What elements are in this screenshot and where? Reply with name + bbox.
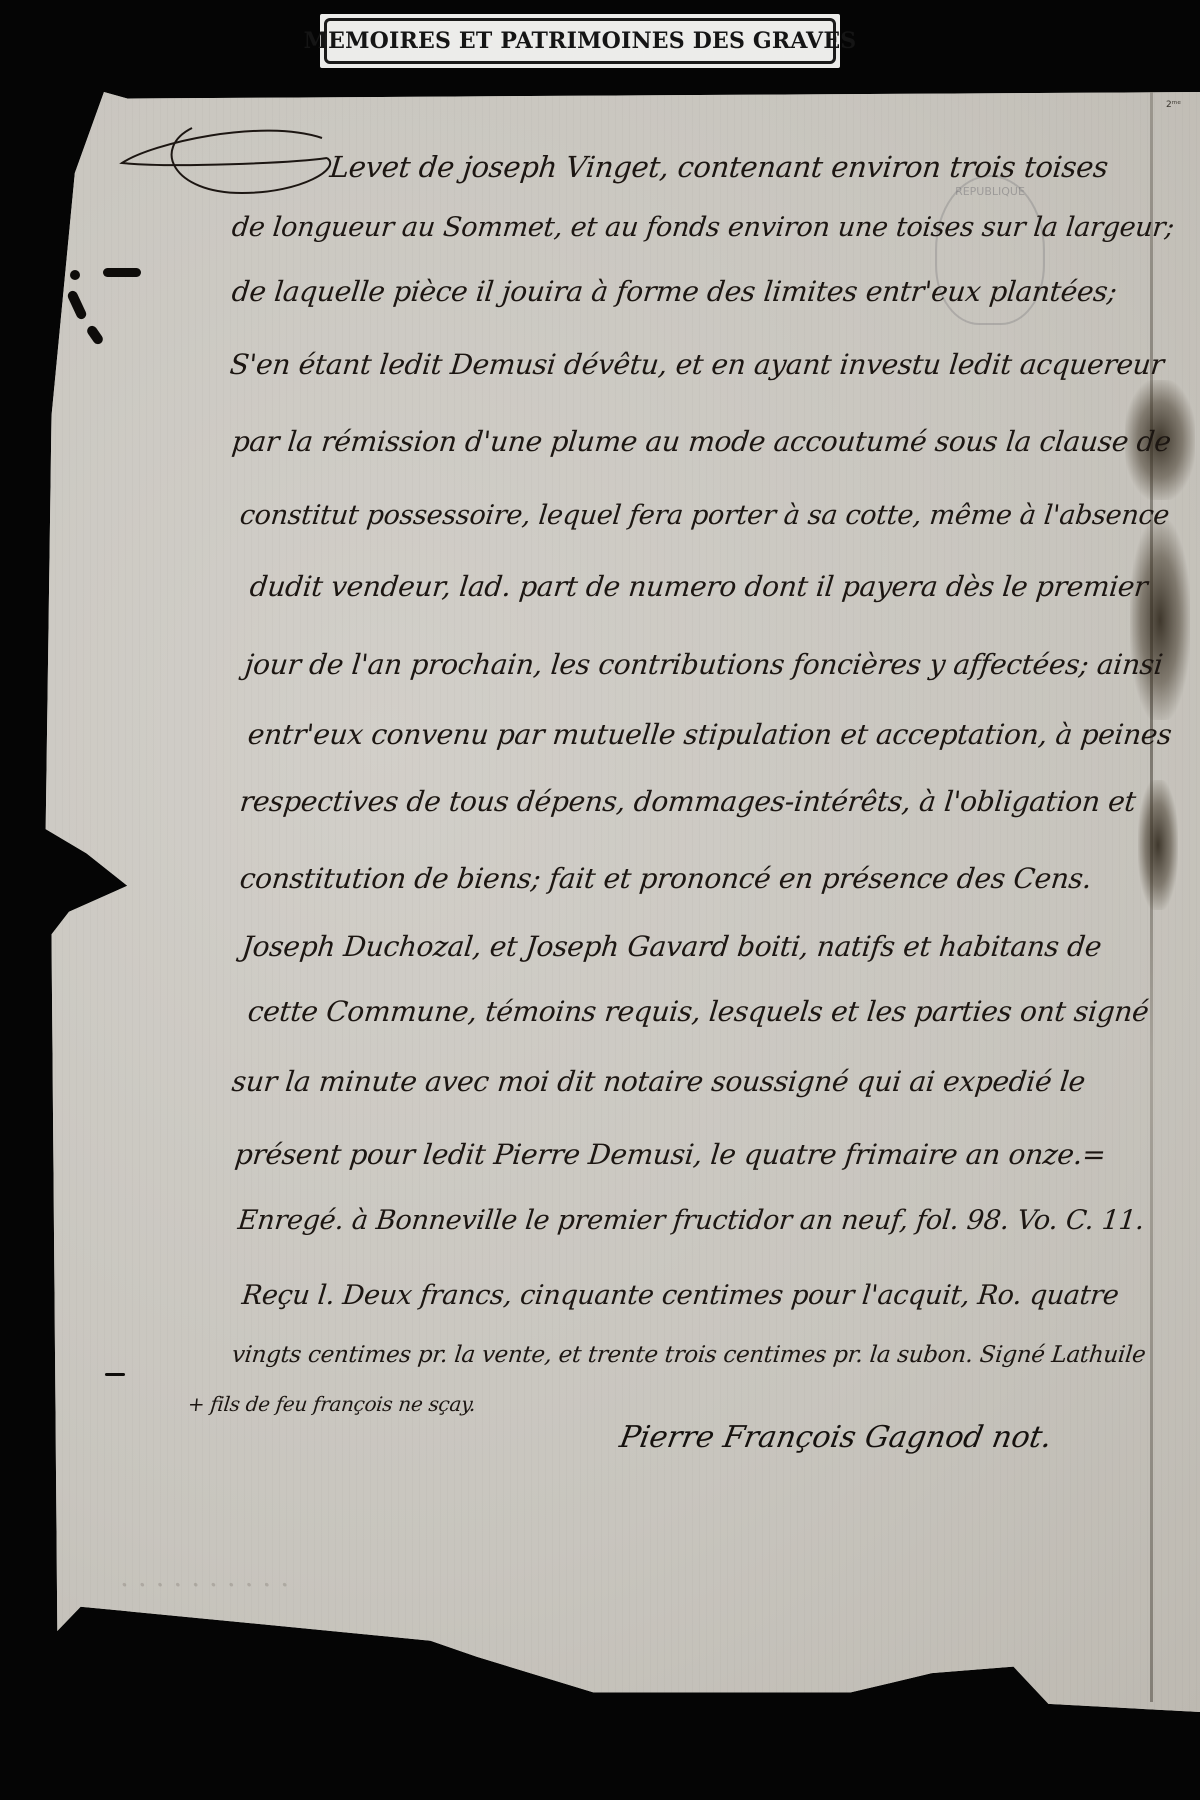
handwritten-text: Levet de joseph Vinget, contenant enviro… (0, 0, 1200, 1800)
text-line: de longueur au Sommet, et au fonds envir… (230, 212, 1175, 243)
text-line: Reçu l. Deux francs, cinquante centimes … (240, 1280, 1120, 1311)
bleed-through-text: . . . . . . . . . . (120, 1560, 289, 1593)
text-line: par la rémission d'une plume au mode acc… (230, 425, 1172, 458)
text-line: constitution de biens; fait et prononcé … (238, 862, 1093, 895)
text-line: vingts centimes pr. la vente, et trente … (231, 1342, 1147, 1368)
text-line: jour de l'an prochain, les contributions… (243, 648, 1164, 681)
text-line: de laquelle pièce il jouira à forme des … (230, 275, 1118, 308)
document-scan: MEMOIRES ET PATRIMOINES DES GRAVES REPUB… (0, 0, 1200, 1800)
text-line: dudit vendeur, lad. part de numero dont … (248, 570, 1149, 603)
text-line: Enregé. à Bonneville le premier fructido… (236, 1205, 1145, 1236)
text-line: cette Commune, témoins requis, lesquels … (246, 995, 1150, 1028)
text-line: S'en étant ledit Demusi dévêtu, et en ay… (228, 348, 1165, 381)
text-line: présent pour ledit Pierre Demusi, le qua… (233, 1138, 1107, 1171)
text-line: respectives de tous dépens, dommages-int… (238, 785, 1137, 818)
notary-signature: Pierre François Gagnod not. (617, 1420, 1055, 1455)
text-line: constitut possessoire, lequel fera porte… (238, 500, 1170, 531)
text-line: Levet de joseph Vinget, contenant enviro… (328, 150, 1109, 184)
text-line: entr'eux convenu par mutuelle stipulatio… (246, 718, 1173, 751)
text-line: sur la minute avec moi dit notaire souss… (230, 1065, 1086, 1098)
text-line: + fils de feu françois ne sçay. (187, 1392, 477, 1416)
text-line: Joseph Duchozal, et Joseph Gavard boiti,… (240, 930, 1103, 963)
